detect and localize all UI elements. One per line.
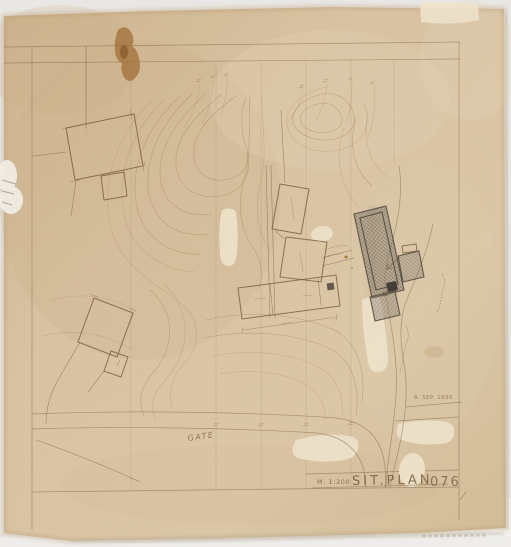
scanned-site-plan-screenshot: GATE 8. SEP. 1930 M. 1:200 SIT.PLAN 076 (0, 0, 511, 547)
mat-credit-smudge (422, 535, 486, 536)
paper-grain-texture (4, 7, 506, 541)
site-plan-scan: GATE 8. SEP. 1930 M. 1:200 SIT.PLAN 076 (0, 0, 511, 547)
